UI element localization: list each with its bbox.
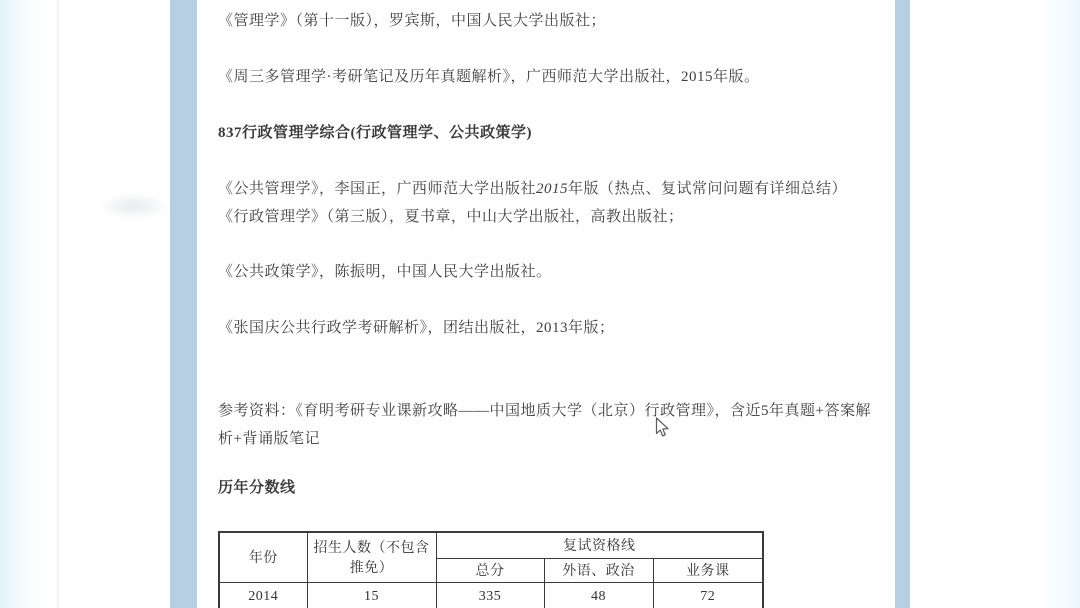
table-header-enrollment: 招生人数（不包含推免）	[307, 532, 436, 582]
cell-business: 72	[653, 582, 763, 608]
table-header-business: 业务课	[653, 558, 763, 582]
reference-note: 参考资料：《育明考研专业课新攻略——中国地质大学（北京）行政管理》，含近5年真题…	[218, 397, 880, 453]
background-seam	[57, 0, 59, 608]
book-reference-line: 《公共政策学》，陈振明，中国人民大学出版社。	[218, 258, 552, 286]
table-row: 2014 15 335 48 72	[219, 582, 763, 608]
blur-artifact	[98, 193, 170, 219]
subject-section-heading: 837行政管理学综合(行政管理学、公共政策学)	[218, 119, 532, 147]
highlighted-book-line: 《公共管理学》，李国正，广西师范大学出版社2015年版（热点、复试常问问题有详细…	[218, 181, 847, 197]
article-content-panel: 《管理学》（第十一版），罗宾斯，中国人民大学出版社； 《周三多管理学·考研笔记及…	[197, 0, 895, 608]
edition-year: 2015	[536, 181, 568, 197]
table-header-foreign-politics: 外语、政治	[544, 558, 653, 582]
book-reference-line: 《张国庆公共行政学考研解析》，团结出版社，2013年版；	[218, 314, 615, 342]
table-header-total: 总分	[436, 558, 544, 582]
score-line-table: 年份 招生人数（不包含推免） 复试资格线 总分 外语、政治 业务课 2014 1…	[218, 531, 764, 608]
page-right-border	[895, 0, 910, 608]
cell-enrollment: 15	[307, 582, 436, 608]
table-header-reexam-line: 复试资格线	[436, 532, 763, 558]
score-line-heading: 历年分数线	[218, 474, 296, 502]
book-reference-block: 《公共管理学》，李国正，广西师范大学出版社2015年版（热点、复试常问问题有详细…	[218, 175, 847, 231]
book-reference-line: 《管理学》（第十一版），罗宾斯，中国人民大学出版社；	[218, 7, 606, 35]
table-header-year: 年份	[219, 532, 307, 582]
page-left-border	[170, 0, 197, 608]
cell-total: 335	[436, 582, 544, 608]
exam-info-page: { "content": { "book_line_1": "《管理学》（第十一…	[0, 0, 1080, 608]
cell-foreign-politics: 48	[544, 582, 653, 608]
book-reference-line: 《行政管理学》（第三版），夏书章，中山大学出版社，高教出版社；	[218, 209, 684, 225]
book-reference-line: 《周三多管理学·考研笔记及历年真题解析》，广西师范大学出版社，2015年版。	[218, 63, 760, 91]
cell-year: 2014	[219, 582, 307, 608]
